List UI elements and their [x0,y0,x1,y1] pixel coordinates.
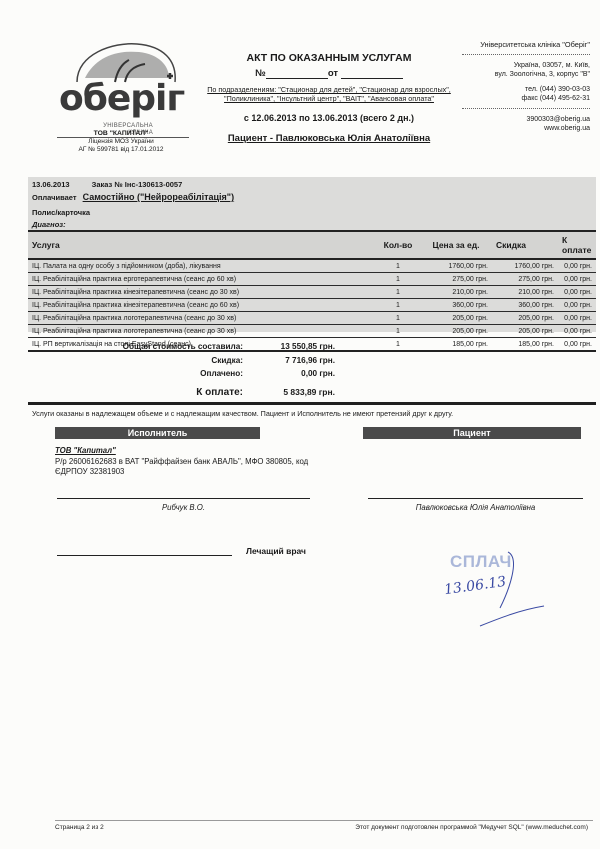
executor-signatory: Рибчук В.О. [57,503,310,512]
service-to-pay: 0,00 грн. [558,338,596,352]
service-quantity: 1 [376,312,420,325]
service-discount: 1760,00 грн. [492,259,558,273]
date-blank [341,69,403,79]
total-cost-value: 13 550,85 грн. [243,342,345,351]
company-license: ТОВ "КАПИТАЛ" Ліцензія МОЗ України АГ № … [60,130,182,154]
services-table: Услуга Кол-во Цена за ед. Скидка К оплат… [28,230,596,352]
totals-block: Общая стоимость составила: 13 550,85 грн… [105,340,345,399]
table-row: ІЦ. Реабілітаційна практика кінезітерапе… [28,286,596,299]
signature-scribble-icon [440,548,550,628]
amount-due-row: К оплате: 5 833,89 грн. [105,386,345,400]
service-to-pay: 0,00 грн. [558,325,596,338]
executor-signature-line [57,498,310,499]
table-row: ІЦ. Реабілітаційна практика логотерапевт… [28,325,596,338]
executor-heading: Исполнитель [55,427,260,439]
service-unit-price: 185,00 грн. [420,338,492,352]
discount-row: Скидка: 7 716,96 грн. [105,354,345,368]
order-number: Заказ № Інс-130613-0057 [92,180,183,189]
patient-name-heading: Пациент - Павлюковська Юлія Анатоліївна [198,133,460,144]
clinic-address-line2: вул. Зоологічна, 3, корпус "В" [462,70,590,79]
generator-note: Этот документ подготовлен программой "Ме… [355,824,588,831]
policy-label: Полис/карточка [32,208,90,217]
paid-row: Оплачено: 0,00 грн. [105,367,345,381]
table-row: ІЦ. Реабілітаційна практика кінезітерапе… [28,299,596,312]
service-quantity: 1 [376,325,420,338]
discount-value: 7 716,96 грн. [243,356,345,365]
amount-due-label: К оплате: [105,387,243,398]
paid-value: 0,00 грн. [243,369,345,378]
service-unit-price: 1760,00 грн. [420,259,492,273]
total-cost-row: Общая стоимость составила: 13 550,85 грн… [105,340,345,354]
total-cost-label: Общая стоимость составила: [105,342,243,351]
departments-list: По подразделениям: "Стационар для детей"… [198,85,460,103]
payer-line: Оплачивает Самостійно ("Нейрореабілітаці… [32,192,234,202]
logo-wordmark: оберіг [59,78,184,119]
executor-bank-details: Р/р 26006162683 в ВАТ "Райффайзен банк А… [55,457,335,477]
service-name: ІЦ. Реабілітаційна практика логотерапевт… [28,325,376,338]
page-number: Страница 2 из 2 [55,824,104,831]
diagnosis-label: Диагноз: [32,220,66,229]
column-service: Услуга [28,231,376,259]
table-header-row: Услуга Кол-во Цена за ед. Скидка К оплат… [28,231,596,259]
table-row: ІЦ. Реабілітаційна практика логотерапевт… [28,312,596,325]
services-statement: Услуги оказаны в надлежащем объеме и с н… [32,409,453,418]
service-unit-price: 360,00 грн. [420,299,492,312]
paid-label: Оплачено: [105,369,243,378]
service-name: ІЦ. Реабілітаційна практика логотерапевт… [28,312,376,325]
discount-label: Скидка: [105,356,243,365]
clinic-contacts: Університетська клініка "Оберіг" Україна… [462,40,590,133]
service-unit-price: 210,00 грн. [420,286,492,299]
table-row: ІЦ. Палата на одну особу з підйомником (… [28,259,596,273]
clinic-name: Університетська клініка "Оберіг" [462,40,590,49]
logo-subtitle-line1: УНІВЕРСАЛЬНА [93,123,153,130]
license-number: АГ № 599781 від 17.01.2012 [60,146,182,154]
service-name: ІЦ. Реабілітаційна практика ерготерапевт… [28,273,376,286]
document-title: АКТ ПО ОКАЗАННЫМ УСЛУГАМ [198,52,460,64]
number-prefix: № [255,68,266,79]
service-quantity: 1 [376,273,420,286]
order-header: 13.06.2013 Заказ № Інс-130613-0057 [32,180,182,189]
service-quantity: 1 [376,338,420,352]
service-quantity: 1 [376,259,420,273]
amount-due-value: 5 833,89 грн. [243,387,345,397]
patient-signature-line [368,498,583,499]
column-unit-price: Цена за ед. [420,231,492,259]
service-discount: 275,00 грн. [492,273,558,286]
doctor-signature-line [57,555,232,556]
column-to-pay: К оплате [558,231,596,259]
service-unit-price: 205,00 грн. [420,312,492,325]
service-discount: 185,00 грн. [492,338,558,352]
order-panel: 13.06.2013 Заказ № Інс-130613-0057 Оплач… [28,177,596,332]
document-number: №от [198,68,460,79]
section-divider [28,402,596,405]
date-prefix: от [328,68,338,79]
paid-stamp: СПЛАЧ 13.06.13 [440,548,550,628]
clinic-fax: факс (044) 495-62-31 [462,94,590,103]
service-quantity: 1 [376,299,420,312]
service-discount: 360,00 грн. [492,299,558,312]
service-discount: 205,00 грн. [492,312,558,325]
service-discount: 210,00 грн. [492,286,558,299]
document-header: АКТ ПО ОКАЗАННЫМ УСЛУГАМ №от По подразде… [198,52,460,144]
service-name: ІЦ. Реабілітаційна практика кінезітерапе… [28,299,376,312]
company-name: ТОВ "КАПИТАЛ" [60,130,182,138]
column-quantity: Кол-во [376,231,420,259]
service-period: с 12.06.2013 по 13.06.2013 (всего 2 дн.) [198,113,460,123]
service-unit-price: 275,00 грн. [420,273,492,286]
service-quantity: 1 [376,286,420,299]
table-row: ІЦ. Реабілітаційна практика ерготерапевт… [28,273,596,286]
service-discount: 205,00 грн. [492,325,558,338]
payer-label: Оплачивает [32,193,77,202]
attending-doctor-label: Лечащий врач [246,546,306,556]
number-blank [266,69,328,79]
service-to-pay: 0,00 грн. [558,273,596,286]
service-to-pay: 0,00 грн. [558,312,596,325]
dotted-divider [462,54,590,55]
footer-divider [55,820,593,821]
clinic-address-line1: Україна, 03057, м. Київ, [462,61,590,70]
license-line: Ліцензія МОЗ України [60,138,182,146]
service-unit-price: 205,00 грн. [420,325,492,338]
clinic-phone: тел. (044) 390-03-03 [462,85,590,94]
patient-signatory: Павлюковська Юлія Анатоліївна [368,503,583,512]
service-to-pay: 0,00 грн. [558,286,596,299]
service-name: ІЦ. Палата на одну особу з підйомником (… [28,259,376,273]
service-to-pay: 0,00 грн. [558,299,596,312]
patient-heading: Пациент [363,427,581,439]
order-date: 13.06.2013 [32,180,70,189]
clinic-email: 3900303@oberig.ua [462,115,590,124]
executor-company: ТОВ "Капитал" [55,446,116,455]
service-to-pay: 0,00 грн. [558,259,596,273]
payer-value: Самостійно ("Нейрореабілітація") [83,192,234,202]
service-name: ІЦ. Реабілітаційна практика кінезітерапе… [28,286,376,299]
dotted-divider [462,108,590,109]
clinic-website: www.oberig.ua [462,124,590,133]
column-discount: Скидка [492,231,558,259]
